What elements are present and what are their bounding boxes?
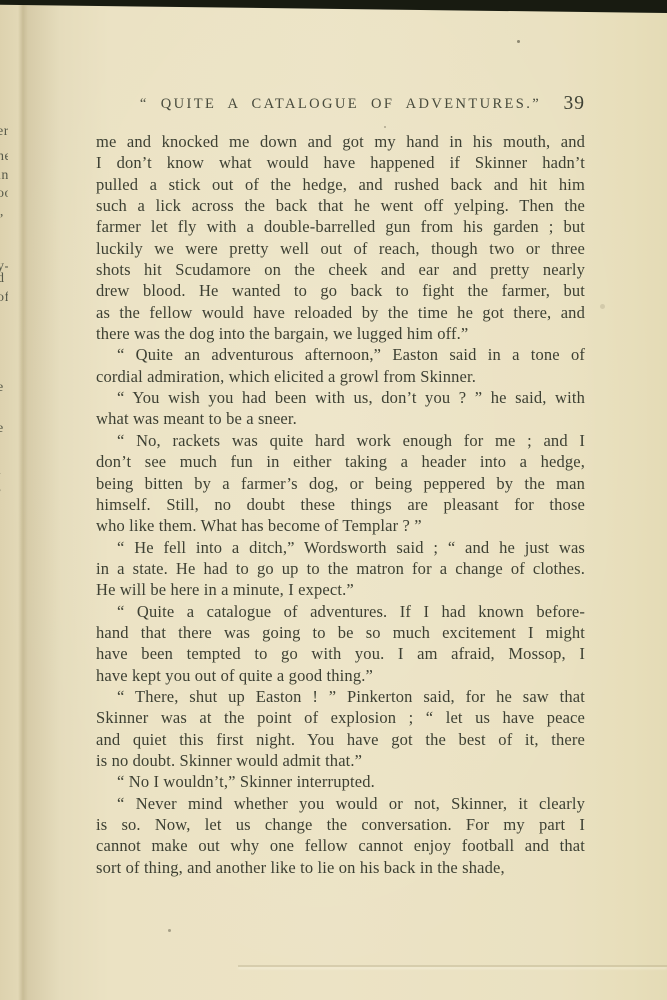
- paragraph: “ He fell into a ditch,” Wordsworth said…: [96, 537, 585, 601]
- margin-fragment: .: [0, 361, 8, 377]
- text-line: He will be here in a minute, I expect.”: [96, 579, 585, 600]
- margin-fragment: e: [0, 421, 8, 437]
- text-line: Skinner was at the point of explosion ; …: [96, 707, 585, 728]
- text-line: luckily we were pretty well out of reach…: [96, 238, 585, 259]
- margin-fragment: ’: [0, 487, 8, 503]
- paragraph: me and knocked me down and got my hand i…: [96, 131, 585, 344]
- text-line: who like them. What has become of Templa…: [96, 515, 585, 536]
- text-line: is so. Now, let us change the conversati…: [96, 814, 585, 835]
- text-line: me and knocked me down and got my hand i…: [96, 131, 585, 152]
- dust-speck: [384, 126, 386, 128]
- text-line: I don’t know what would have happened if…: [96, 152, 585, 173]
- text-line: have been tempted to go with you. I am a…: [96, 643, 585, 664]
- text-line: sort of thing, and another like to lie o…: [96, 857, 585, 878]
- text-line: in a state. He had to go up to the matro…: [96, 558, 585, 579]
- margin-fragment: l: [0, 463, 8, 479]
- text-line: “ He fell into a ditch,” Wordsworth said…: [96, 537, 585, 558]
- text-line: being bitten by a farmer’s dog, or being…: [96, 473, 585, 494]
- dust-speck: [168, 929, 171, 932]
- paragraph: “ There, shut up Easton ! ” Pinkerton sa…: [96, 686, 585, 771]
- text-line: “ There, shut up Easton ! ” Pinkerton sa…: [96, 686, 585, 707]
- margin-fragment: ”: [0, 212, 8, 228]
- text-line: himself. Still, no doubt these things ar…: [96, 494, 585, 515]
- paragraph: “ Quite an adventurous afternoon,” Easto…: [96, 344, 585, 387]
- dust-speck: [600, 304, 605, 309]
- text-line: shots hit Scudamore on the cheek and ear…: [96, 259, 585, 280]
- text-line: “ You wish you had been with us, don’t y…: [96, 387, 585, 408]
- text-line: is no doubt. Skinner would admit that.”: [96, 750, 585, 771]
- paragraph: “ You wish you had been with us, don’t y…: [96, 387, 585, 430]
- paragraph: “ Quite a catalogue of adventures. If I …: [96, 601, 585, 686]
- text-line: “ Never mind whether you would or not, S…: [96, 793, 585, 814]
- text-line: farmer let fly with a double-barrelled g…: [96, 216, 585, 237]
- text-line: as the fellow would have reloaded by the…: [96, 302, 585, 323]
- text-line: such a lick across the back that he went…: [96, 195, 585, 216]
- margin-fragment: er: [0, 124, 8, 140]
- running-header-title: “ QUITE A CATALOGUE OF ADVENTURES.”: [96, 96, 585, 113]
- dust-speck: [517, 40, 520, 43]
- paragraph: “ No, rackets was quite hard work enough…: [96, 430, 585, 537]
- text-line: and quiet this first night. You have got…: [96, 729, 585, 750]
- text-line: hand that there was going to be so much …: [96, 622, 585, 643]
- text-line: cannot make out why one fellow cannot en…: [96, 835, 585, 856]
- text-line: have kept you out of quite a good thing.…: [96, 665, 585, 686]
- text-line: “ Quite a catalogue of adventures. If I …: [96, 601, 585, 622]
- text-line: drew blood. He wanted to go back to figh…: [96, 280, 585, 301]
- running-header: “ QUITE A CATALOGUE OF ADVENTURES.” 39: [96, 96, 585, 120]
- text-line: “ No I wouldn’t,” Skinner interrupted.: [96, 771, 585, 792]
- margin-fragment: of: [0, 290, 8, 306]
- text-line: there was the dog into the bargain, we l…: [96, 323, 585, 344]
- text-line: cordial admiration, which elicited a gro…: [96, 366, 585, 387]
- margin-fragment: oo: [0, 186, 8, 202]
- margin-fragment: in: [0, 168, 8, 184]
- paragraph: “ Never mind whether you would or not, S…: [96, 793, 585, 878]
- paragraph: “ No I wouldn’t,” Skinner interrupted.: [96, 771, 585, 792]
- page-number: 39: [564, 93, 586, 115]
- text-line: don’t see much fun in either taking a he…: [96, 451, 585, 472]
- text-line: pulled a stick out of the hedge, and rus…: [96, 174, 585, 195]
- margin-fragment: d: [0, 271, 8, 287]
- text-line: “ Quite an adventurous afternoon,” Easto…: [96, 344, 585, 365]
- paper-crease: [238, 965, 667, 967]
- margin-fragment: e: [0, 380, 8, 396]
- text-line: “ No, rackets was quite hard work enough…: [96, 430, 585, 451]
- text-line: what was meant to be a sneer.: [96, 408, 585, 429]
- margin-fragment: ne: [0, 149, 8, 165]
- body-text: me and knocked me down and got my hand i…: [96, 131, 585, 878]
